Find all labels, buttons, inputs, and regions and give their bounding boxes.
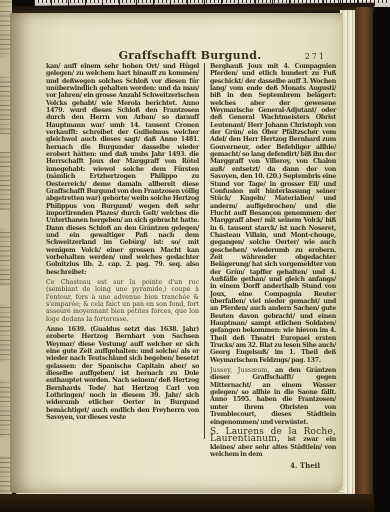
book-scan: { "scan": { "colors": { "paper": "#ece5c… xyxy=(0,0,390,512)
left-column: kan/ auff einem sehr hohen Ort/ und Hüge… xyxy=(46,63,199,470)
paragraph-jussey: Jussey, Jussæum, an den Gräntzen dieser … xyxy=(210,367,336,426)
right-column: Berghauß Joux mit 4. Compagnien Pferden/… xyxy=(210,63,336,470)
paragraph: Berghauß Joux mit 4. Compagnien Pferden/… xyxy=(210,63,336,364)
paragraph: Anno 1639. (Gualdus setzt das 1638. Jahr… xyxy=(46,326,199,421)
book-cover-right-edge xyxy=(355,7,373,507)
page-number: 271 xyxy=(305,52,326,61)
text-columns: kan/ auff einem sehr hohen Ort/ und Hüge… xyxy=(46,63,336,470)
book-cover-bottom-edge xyxy=(0,494,374,512)
paragraph: kan/ auff einem sehr hohen Ort/ und Hüge… xyxy=(46,63,199,276)
book-page: Graffschafft Burgund. 271 kan/ auff eine… xyxy=(10,13,342,493)
french-quote: Ce Chasteau est sur la pointe d'un roc (… xyxy=(46,279,199,323)
paragraph-st-laurens: S. Laurens de la Roche, Laurentianum, is… xyxy=(210,429,336,458)
page-title: Graffschafft Burgund. xyxy=(46,49,334,62)
running-header: Graffschafft Burgund. 271 xyxy=(46,49,334,63)
paragraph-text: an den Gräntzen dieser Graffschafft/ geg… xyxy=(210,367,336,425)
place-name-lead: Jussey, Jussæum, xyxy=(210,367,270,374)
catchword: 4. Theil xyxy=(210,461,336,470)
column-divider-rule xyxy=(204,63,205,439)
